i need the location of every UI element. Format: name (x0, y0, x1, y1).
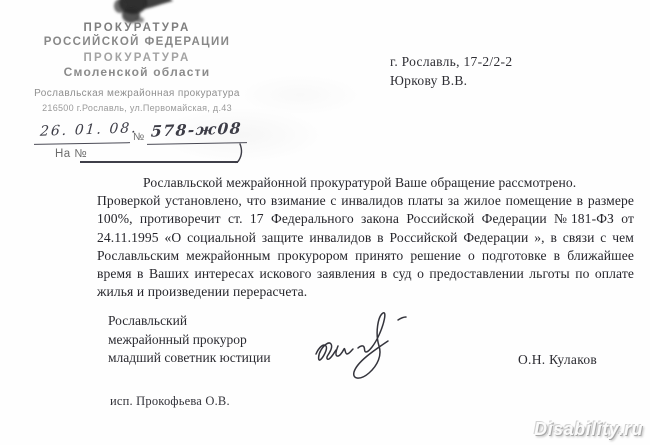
body-paragraph-intro: Рославльской межрайонной прокуратурой Ва… (97, 174, 634, 192)
letterhead: ПРОКУРАТУРА РОССИЙСКОЙ ФЕДЕРАЦИИ ПРОКУРА… (6, 22, 268, 114)
reply-number-blank-line (80, 161, 238, 163)
handwritten-date: 26. 01. 08. (39, 120, 138, 139)
signer-title-line1: Рославльский (108, 312, 271, 331)
addressee-name: Юркову В.В. (390, 71, 512, 90)
body-paragraph-main: Проверкой установлено, что взимание с ин… (97, 192, 634, 301)
signature-autograph-icon (302, 298, 427, 393)
scanned-letter-page: ПРОКУРАТУРА РОССИЙСКОЙ ФЕДЕРАЦИИ ПРОКУРА… (0, 0, 650, 445)
number-sign-label: № (133, 131, 144, 143)
signer-title-block: Рославльский межрайонный прокурор младши… (108, 312, 271, 368)
addressee-address: г. Рославль, 17-2/2-2 (390, 52, 512, 71)
handwritten-outgoing-number: 578-ж08 (150, 118, 242, 140)
signer-title-line2: межрайонный прокурор (108, 331, 271, 350)
handwritten-tick-mark-icon (231, 143, 245, 165)
letterhead-line-prokuratura-2: ПРОКУРАТУРА (6, 51, 268, 65)
letterhead-line-address: 216500 г.Рославль, ул.Первомайская, д.43 (6, 102, 268, 114)
executor-line: исп. Прокофьева О.В. (110, 394, 230, 409)
letterhead-line-oblast: Смоленской области (6, 65, 268, 79)
letterhead-line-federation: РОССИЙСКОЙ ФЕДЕРАЦИИ (6, 36, 268, 50)
signer-title-line3: младший советник юстиции (108, 349, 271, 368)
letterhead-line-district-office: Рославльская межрайонная прокуратура (6, 87, 268, 100)
letterhead-line-prokuratura: ПРОКУРАТУРА (6, 22, 268, 36)
date-underline (34, 142, 130, 145)
addressee-block: г. Рославль, 17-2/2-2 Юркову В.В. (390, 52, 512, 90)
reply-to-number-label: На № (55, 148, 87, 160)
watermark-disability-ru: Disability.ru (534, 419, 643, 440)
letter-body: Рославльской межрайонной прокуратурой Ва… (97, 174, 634, 301)
signer-name: О.Н. Кулаков (518, 352, 597, 368)
